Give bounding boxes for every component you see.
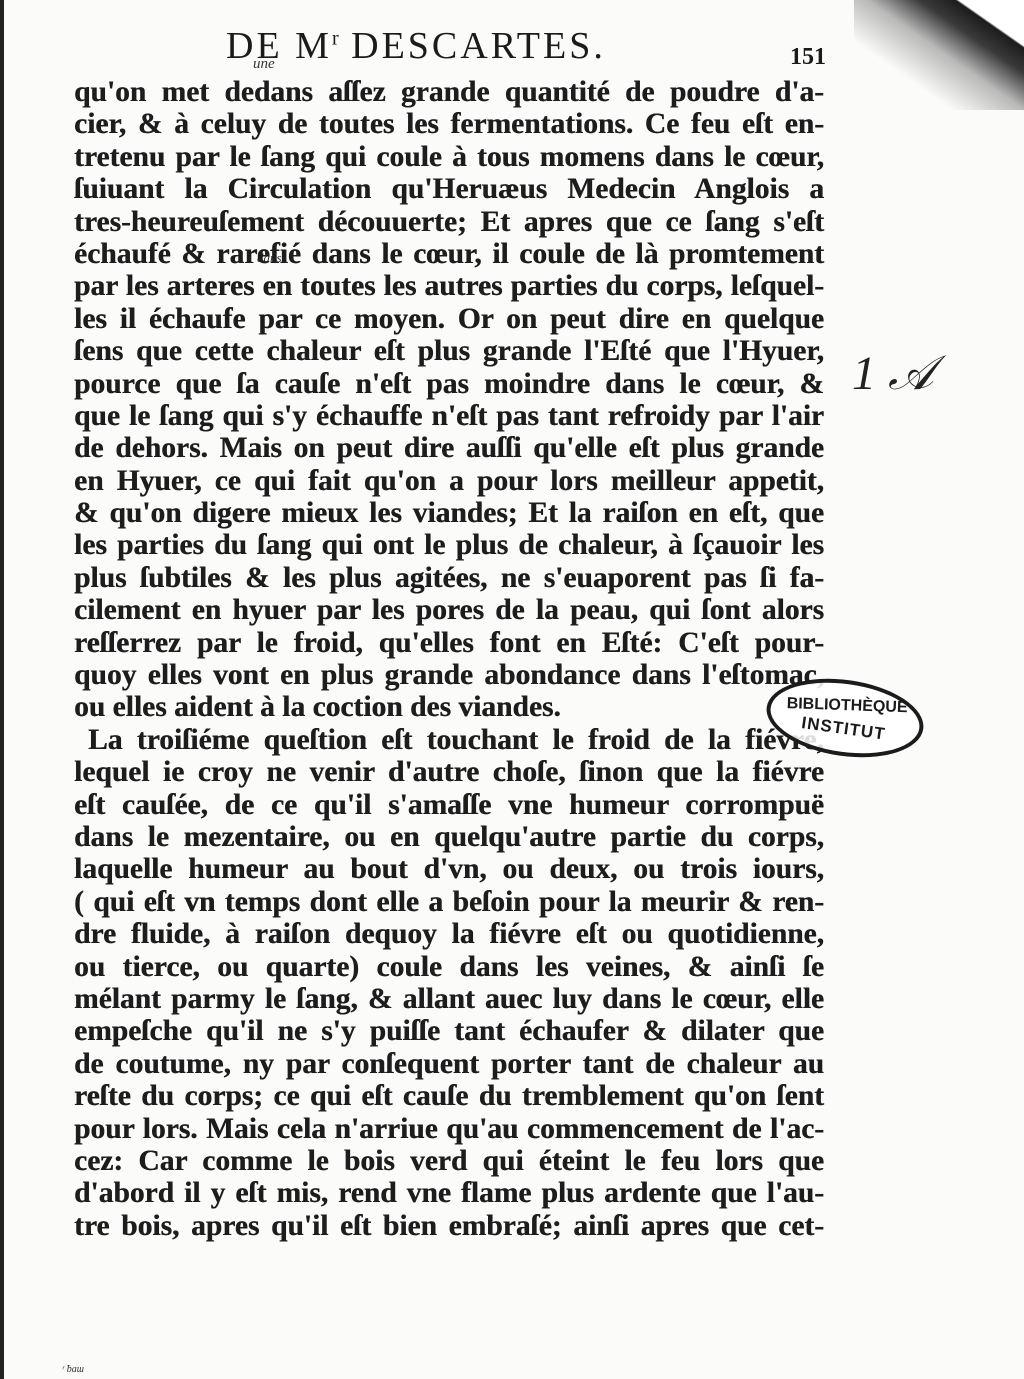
text-line: cier, & à celuy de toutes les fermentati… [74, 108, 824, 140]
text-line: d'abord il y eſt mis, rend vne flame plu… [74, 1177, 824, 1209]
text-line: mélant parmy le ſang, & allant auec luy … [74, 983, 824, 1015]
stamp-line-2: INSTITUT [800, 713, 886, 745]
text-line: ou tierce, ou quarte) coule dans les vei… [74, 951, 824, 983]
text-line: ( qui eſt vn temps dont elle a beſoin po… [74, 886, 824, 918]
bottom-margin-scribble: ʳ ƀaɯ [62, 1364, 84, 1375]
text-line: & qu'on digere mieux les viandes; Et la … [74, 497, 824, 529]
text-line: reſte du corps; ce qui eſt cauſe du trem… [74, 1080, 824, 1112]
text-line: ſuiuant la Circulation qu'Heruæus Medeci… [74, 173, 824, 205]
page-header: DE Mr DESCARTES. 151 [0, 22, 1024, 72]
text-line: les il échaufe par ce moyen. Or on peut … [74, 303, 824, 335]
text-line: pour lors. Mais cela n'arriue qu'au comm… [74, 1113, 824, 1145]
scan-left-border [0, 0, 4, 1379]
body-text: qu'on met dedans aſſez grande quantité d… [74, 76, 824, 1242]
text-line: ou elles aident à la coction des viandes… [74, 691, 824, 723]
text-line: échaufé & rarefié dans le cœur, il coule… [74, 238, 824, 270]
text-line: quoy elles vont en plus grande abondance… [74, 659, 824, 691]
text-line: reſſerrez par le froid, qu'elles font en… [74, 627, 824, 659]
running-title-superscript: r [332, 27, 339, 49]
text-line: tres-heureuſement découuerte; Et apres q… [74, 206, 824, 238]
text-line: laquelle humeur au bout d'vn, ou deux, o… [74, 853, 824, 885]
text-line: en Hyuer, ce qui fait qu'on a pour lors … [74, 465, 824, 497]
text-line: de coutume, ny par conſequent porter tan… [74, 1048, 824, 1080]
text-line: dre fluide, à raiſon dequoy la fiévre eſ… [74, 918, 824, 950]
text-line: plus ſubtiles & les plus agitées, ne s'e… [74, 562, 824, 594]
running-title-rest: DESCARTES. [339, 25, 606, 67]
text-line: ſens que cette chaleur eſt plus grande l… [74, 335, 824, 367]
text-line: que le ſang qui s'y échauffe n'eſt pas t… [74, 400, 824, 432]
text-line: cilement en hyuer par les pores de la pe… [74, 594, 824, 626]
text-line-paragraph-start: La troiſiéme queſtion eſt touchant le fr… [74, 724, 824, 756]
text-line: dans le mezentaire, ou en quelqu'autre p… [74, 821, 824, 853]
text-line: cez: Car comme le bois verd qui éteint l… [74, 1145, 824, 1177]
handwritten-margin-mark: 1 𝒜 [852, 346, 933, 402]
text-line: de dehors. Mais on peut dire auſſi qu'el… [74, 432, 824, 464]
text-line: tre bois, apres qu'il eſt bien embraſé; … [74, 1210, 824, 1242]
text-line: les parties du ſang qui ont le plus de c… [74, 529, 824, 561]
text-line: qu'on met dedans aſſez grande quantité d… [74, 76, 824, 108]
text-line: pource que ſa cauſe n'eſt pas moindre da… [74, 368, 824, 400]
text-line: lequel ie croy ne venir d'autre choſe, ſ… [74, 756, 824, 788]
text-line: empeſche qu'il ne s'y puiſſe tant échauf… [74, 1015, 824, 1047]
text-line: par les arteres en toutes les autres par… [74, 270, 824, 302]
text-line: eſt cauſée, de ce qu'il s'amaſſe vne hum… [74, 789, 824, 821]
text-line: tretenu par le ſang qui coule à tous mom… [74, 141, 824, 173]
page-number: 151 [790, 44, 826, 71]
running-title: DE Mr DESCARTES. [226, 24, 606, 68]
running-title-part: DE M [226, 25, 332, 67]
handwritten-interlinear-une: une [253, 56, 275, 73]
